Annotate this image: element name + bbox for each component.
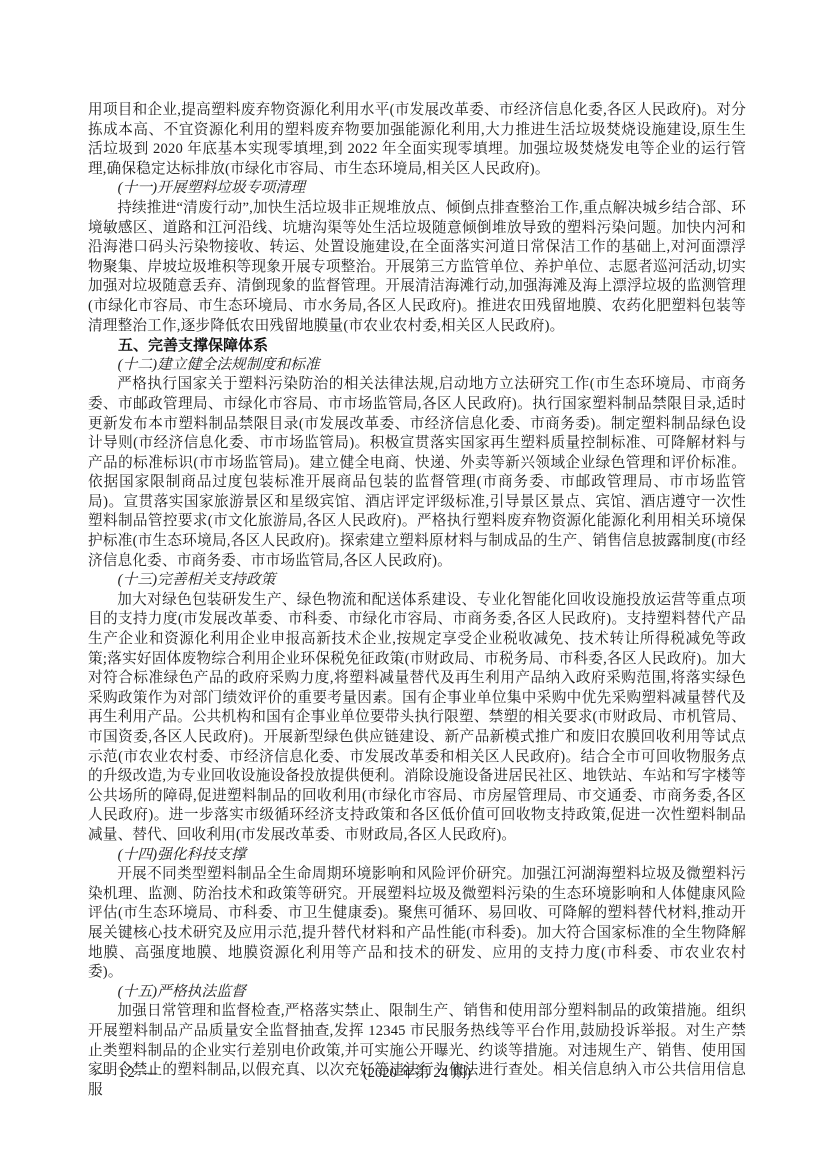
paragraph-cleanup-campaign: 持续推进“清废行动”,加快生活垃圾非正规堆放点、倾倒点排查整治工作,重点解决城乡… bbox=[88, 199, 746, 336]
paragraph-support-policies: 加大对绿色包装研发生产、绿色物流和配送体系建设、专业化智能化回收设施投放运营等重… bbox=[88, 591, 746, 846]
page-text-body: 用项目和企业,提高塑料废弃物资源化利用水平(市发展改革委、市经济信息化委,各区人… bbox=[88, 101, 746, 1100]
subsection-heading-14: (十四)强化科技支撑 bbox=[88, 846, 746, 866]
section-heading-5: 五、完善支撑保障体系 bbox=[88, 336, 746, 356]
paragraph-continuation: 用项目和企业,提高塑料废弃物资源化利用水平(市发展改革委、市经济信息化委,各区人… bbox=[88, 101, 746, 179]
paragraph-law-enforcement: 加强日常管理和监督检查,严格落实禁止、限制生产、销售和使用部分塑料制品的政策措施… bbox=[88, 1002, 746, 1100]
subsection-heading-15: (十五)严格执法监督 bbox=[88, 983, 746, 1003]
subsection-heading-12: (十二)建立健全法规制度和标准 bbox=[88, 356, 746, 376]
footer-issue-label: (2020 年第 24 期) bbox=[88, 1062, 746, 1084]
document-page: { "document": { "blocks": [ { "type": "b… bbox=[0, 0, 827, 1170]
subsection-heading-11: (十一)开展塑料垃圾专项清理 bbox=[88, 179, 746, 199]
paragraph-science-technology: 开展不同类型塑料制品全生命周期环境影响和风险评价研究。加强江河湖海塑料垃圾及微塑… bbox=[88, 865, 746, 983]
paragraph-regulations-standards: 严格执行国家关于塑料污染防治的相关法律法规,启动地方立法研究工作(市生态环境局、… bbox=[88, 375, 746, 571]
page-footer: — 12 — (2020 年第 24 期) bbox=[88, 1062, 746, 1084]
subsection-heading-13: (十三)完善相关支持政策 bbox=[88, 571, 746, 591]
